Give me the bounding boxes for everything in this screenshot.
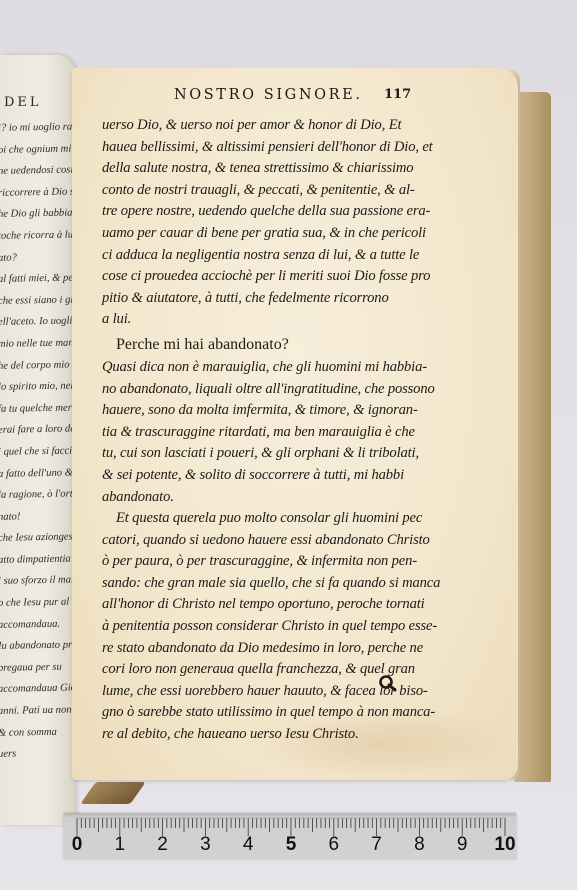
text-line: sando: che gran male sia quello, che si … bbox=[102, 573, 502, 595]
left-text-line: riccorrere à Dio sola bbox=[0, 181, 75, 204]
left-text-line: accomandaua. bbox=[0, 613, 75, 636]
left-text-line: anni. Pati ua non bbox=[0, 699, 75, 722]
text-line: uamo per cauar di bene per gratia sua, &… bbox=[102, 223, 502, 245]
text-line: hauea bellissimi, & altissimi pensieri d… bbox=[102, 137, 502, 159]
paragraph-3: Et questa querela puo molto consolar gli… bbox=[102, 508, 502, 746]
text-line: gno ò sarebbe stato utilissimo in quel t… bbox=[102, 702, 502, 724]
ruler-label: 6 bbox=[329, 834, 340, 856]
left-page: DEL i? io mi uoglio raccoi che ognium mi… bbox=[0, 55, 75, 825]
left-text-line: & con somma bbox=[0, 721, 75, 744]
text-line: tia & trascuraggine ritardati, ma ben ma… bbox=[102, 422, 502, 444]
left-text-line: ato? bbox=[0, 246, 75, 269]
text-line: ò per paura, ò per trascuraggine, & infe… bbox=[102, 551, 502, 573]
text-line: & sei potente, & solito di soccorrere à … bbox=[102, 465, 502, 487]
running-title: NOSTRO SIGNORE. bbox=[174, 87, 363, 103]
left-text-line: i suo sforzo il mal bbox=[0, 570, 75, 593]
left-text-line: nato! bbox=[0, 505, 75, 528]
paper-tab-scrap bbox=[80, 782, 145, 804]
text-line: conto de nostri trauagli, & peccati, & p… bbox=[102, 180, 502, 202]
ruler-label: 7 bbox=[371, 834, 382, 856]
left-text-line: a fatto dell'uno & d bbox=[0, 462, 75, 485]
left-text-line: i? io mi uoglio racc bbox=[0, 116, 75, 139]
left-text-line: oi che ognium mi rin bbox=[0, 138, 75, 161]
left-text-line: mio nelle tue mani, bbox=[0, 332, 75, 355]
text-line: Quasi dica non è marauiglia, che gli huo… bbox=[102, 357, 502, 379]
ruler-label: 4 bbox=[243, 834, 254, 856]
ruler-label: 5 bbox=[286, 834, 297, 856]
text-line: pitio & aiutatore, à tutti, che fedelmen… bbox=[102, 288, 502, 310]
text-block: uerso Dio, & uerso noi per amor & honor … bbox=[102, 115, 502, 746]
left-text-line: he del corpo mio fa bbox=[0, 354, 75, 377]
left-text-line: ell'aceto. Io uoglio bbox=[0, 311, 75, 334]
text-line: ci adduca la negligentia nostra senza di… bbox=[102, 245, 502, 267]
ruler-label: 9 bbox=[457, 834, 468, 856]
text-line: uerso Dio, & uerso noi per amor & honor … bbox=[102, 115, 502, 137]
left-text-line: uers bbox=[0, 742, 75, 765]
left-text-line: atto dimpatientia bbox=[0, 548, 75, 571]
left-text-line: al fatti miei, & per l bbox=[0, 267, 75, 290]
main-page: NOSTRO SIGNORE. 117 uerso Dio, & uerso n… bbox=[72, 68, 518, 780]
ruler-label: 0 bbox=[72, 834, 83, 856]
text-line: catori, quando si uedono hauere essi aba… bbox=[102, 530, 502, 552]
page-number: 117 bbox=[384, 87, 411, 102]
ruler-label: 1 bbox=[115, 834, 126, 856]
text-line: cose ci prouedea acciochè per li meriti … bbox=[102, 266, 502, 288]
left-text-line: che Iesu aziongesse bbox=[0, 526, 75, 549]
paragraph-2: Quasi dica non è marauiglia, che gli huo… bbox=[102, 357, 502, 508]
ruler-label: 2 bbox=[157, 834, 168, 856]
section-heading: Perche mi hai abandonato? bbox=[102, 333, 502, 357]
text-line: re stato abandonato da Dio medesimo in l… bbox=[102, 638, 502, 660]
text-line: à penitentia posson considerar Christo i… bbox=[102, 616, 502, 638]
left-text-line: erai fare a loro del bbox=[0, 418, 75, 441]
left-page-text: i? io mi uoglio raccoi che ognium mi rin… bbox=[0, 117, 75, 765]
text-line: a lui. bbox=[102, 309, 502, 331]
left-text-line: la ragione, ò l'orti bbox=[0, 483, 75, 506]
ruler-label: 10 bbox=[494, 834, 515, 856]
paragraph-1: uerso Dio, & uerso noi per amor & honor … bbox=[102, 115, 502, 331]
text-line: della salute nostra, & tenea strettissim… bbox=[102, 158, 502, 180]
text-line: tu, cui son lasciati i poueri, & gli orp… bbox=[102, 443, 502, 465]
text-line: cori loro non generaua quella franchezza… bbox=[102, 659, 502, 681]
left-text-line: toche ricorra à lui. bbox=[0, 224, 75, 247]
ruler-label: 8 bbox=[414, 834, 425, 856]
left-text-line: pregaua per su bbox=[0, 656, 75, 679]
text-line: no abandonato, liquali oltre all'ingrati… bbox=[102, 379, 502, 401]
measurement-ruler: 012345678910 bbox=[64, 814, 516, 860]
catchword-glyph-icon bbox=[378, 674, 398, 694]
left-text-line: fa tu quelche meri bbox=[0, 397, 75, 420]
text-line: tre opere nostre, uedendo quelche della … bbox=[102, 201, 502, 223]
left-running-head: DEL bbox=[4, 95, 42, 110]
text-line: all'honor di Christo nel tempo oportuno,… bbox=[102, 594, 502, 616]
left-text-line: Iu abandonato pri bbox=[0, 634, 75, 657]
text-line: abandonato. bbox=[102, 487, 502, 509]
text-line: hauere, sono da molta imfermita, & timor… bbox=[102, 400, 502, 422]
left-text-line: che essi siano i giudi bbox=[0, 289, 75, 312]
ruler-label: 3 bbox=[200, 834, 211, 856]
left-text-line: ne uedendosi cosi abo bbox=[0, 159, 75, 182]
left-text-line: he Dio gli babbia p bbox=[0, 203, 75, 226]
left-text-line: accomandaua Gio bbox=[0, 678, 75, 701]
text-line: Et questa querela puo molto consolar gli… bbox=[102, 508, 502, 530]
text-line: lume, che essi uorebbero hauer hauuto, &… bbox=[102, 681, 502, 703]
left-text-line: i quel che si faccia bbox=[0, 440, 75, 463]
text-line: re al debito, che haueano uerso Iesu Chr… bbox=[102, 724, 502, 746]
left-text-line: o che Iesu pur al b bbox=[0, 591, 75, 614]
left-text-line: lo spirito mio, nel q bbox=[0, 375, 75, 398]
